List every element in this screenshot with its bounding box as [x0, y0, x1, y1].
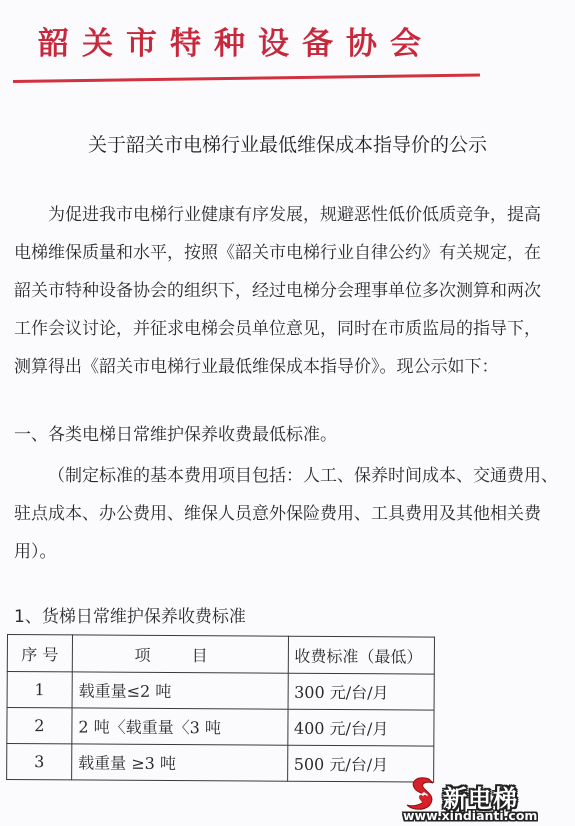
organization-name: 韶关市特种设备协会	[38, 18, 478, 63]
cell-no: 2	[7, 708, 72, 744]
fee-table: 序 号 项 目 收费标准（最低） 1 载重量≤2 吨 300 元/台/月 2 2…	[6, 634, 435, 783]
cell-no: 1	[7, 672, 72, 708]
cell-item: 2 吨〈载重量〈3 吨	[72, 708, 288, 745]
note-paragraph: （制定标准的基本费用项目包括：人工、保养时间成本、交通费用、 驻点成本、办公费用…	[14, 457, 514, 571]
intro-line: 为促进我市电梯行业健康有序发展，规避恶性低价低质竞争，提高	[14, 196, 514, 234]
cell-item: 载重量≤2 吨	[72, 672, 288, 709]
note-line: 驻点成本、办公费用、维保人员意外保险费用、工具费用及其他相关费	[14, 495, 514, 533]
section-heading: 一、各类电梯日常维护保养收费最低标准。	[14, 416, 514, 454]
cell-item: 载重量 ≥3 吨	[72, 744, 288, 781]
intro-line: 韶关市特种设备协会的组织下，经过电梯分会理事单位多次测算和两次	[14, 272, 514, 310]
table-row: 3 载重量 ≥3 吨 500 元/台/月	[7, 744, 434, 783]
cell-fee: 300 元/台/月	[288, 673, 435, 710]
subsection-heading: 1、货梯日常维护保养收费标准	[14, 598, 514, 636]
table-row: 1 载重量≤2 吨 300 元/台/月	[7, 672, 434, 711]
note-line: 用）。	[14, 533, 514, 571]
watermark-url: www.xindianti.com	[403, 808, 537, 823]
document-title: 关于韶关市电梯行业最低维保成本指导价的公示	[0, 130, 575, 157]
header-no: 序 号	[7, 635, 72, 672]
table-row: 2 2 吨〈载重量〈3 吨 400 元/台/月	[7, 708, 434, 747]
intro-line: 测算得出《韶关市电梯行业最低维保成本指导价》。现公示如下：	[14, 348, 514, 386]
note-line: （制定标准的基本费用项目包括：人工、保养时间成本、交通费用、	[14, 457, 514, 495]
header-fee: 收费标准（最低）	[288, 636, 435, 674]
header-divider	[13, 73, 480, 83]
cell-no: 3	[7, 744, 72, 780]
header-item: 项 目	[72, 635, 288, 673]
intro-line: 工作会议讨论，并征求电梯会员单位意见，同时在市质监局的指导下，	[14, 310, 514, 348]
intro-paragraph: 为促进我市电梯行业健康有序发展，规避恶性低价低质竞争，提高 电梯维保质量和水平，…	[14, 196, 514, 386]
intro-line: 电梯维保质量和水平，按照《韶关市电梯行业自律公约》有关规定，在	[14, 234, 514, 272]
table-header-row: 序 号 项 目 收费标准（最低）	[7, 635, 434, 675]
cell-fee: 400 元/台/月	[287, 709, 434, 746]
watermark: 新电梯 www.xindianti.com	[403, 775, 575, 826]
